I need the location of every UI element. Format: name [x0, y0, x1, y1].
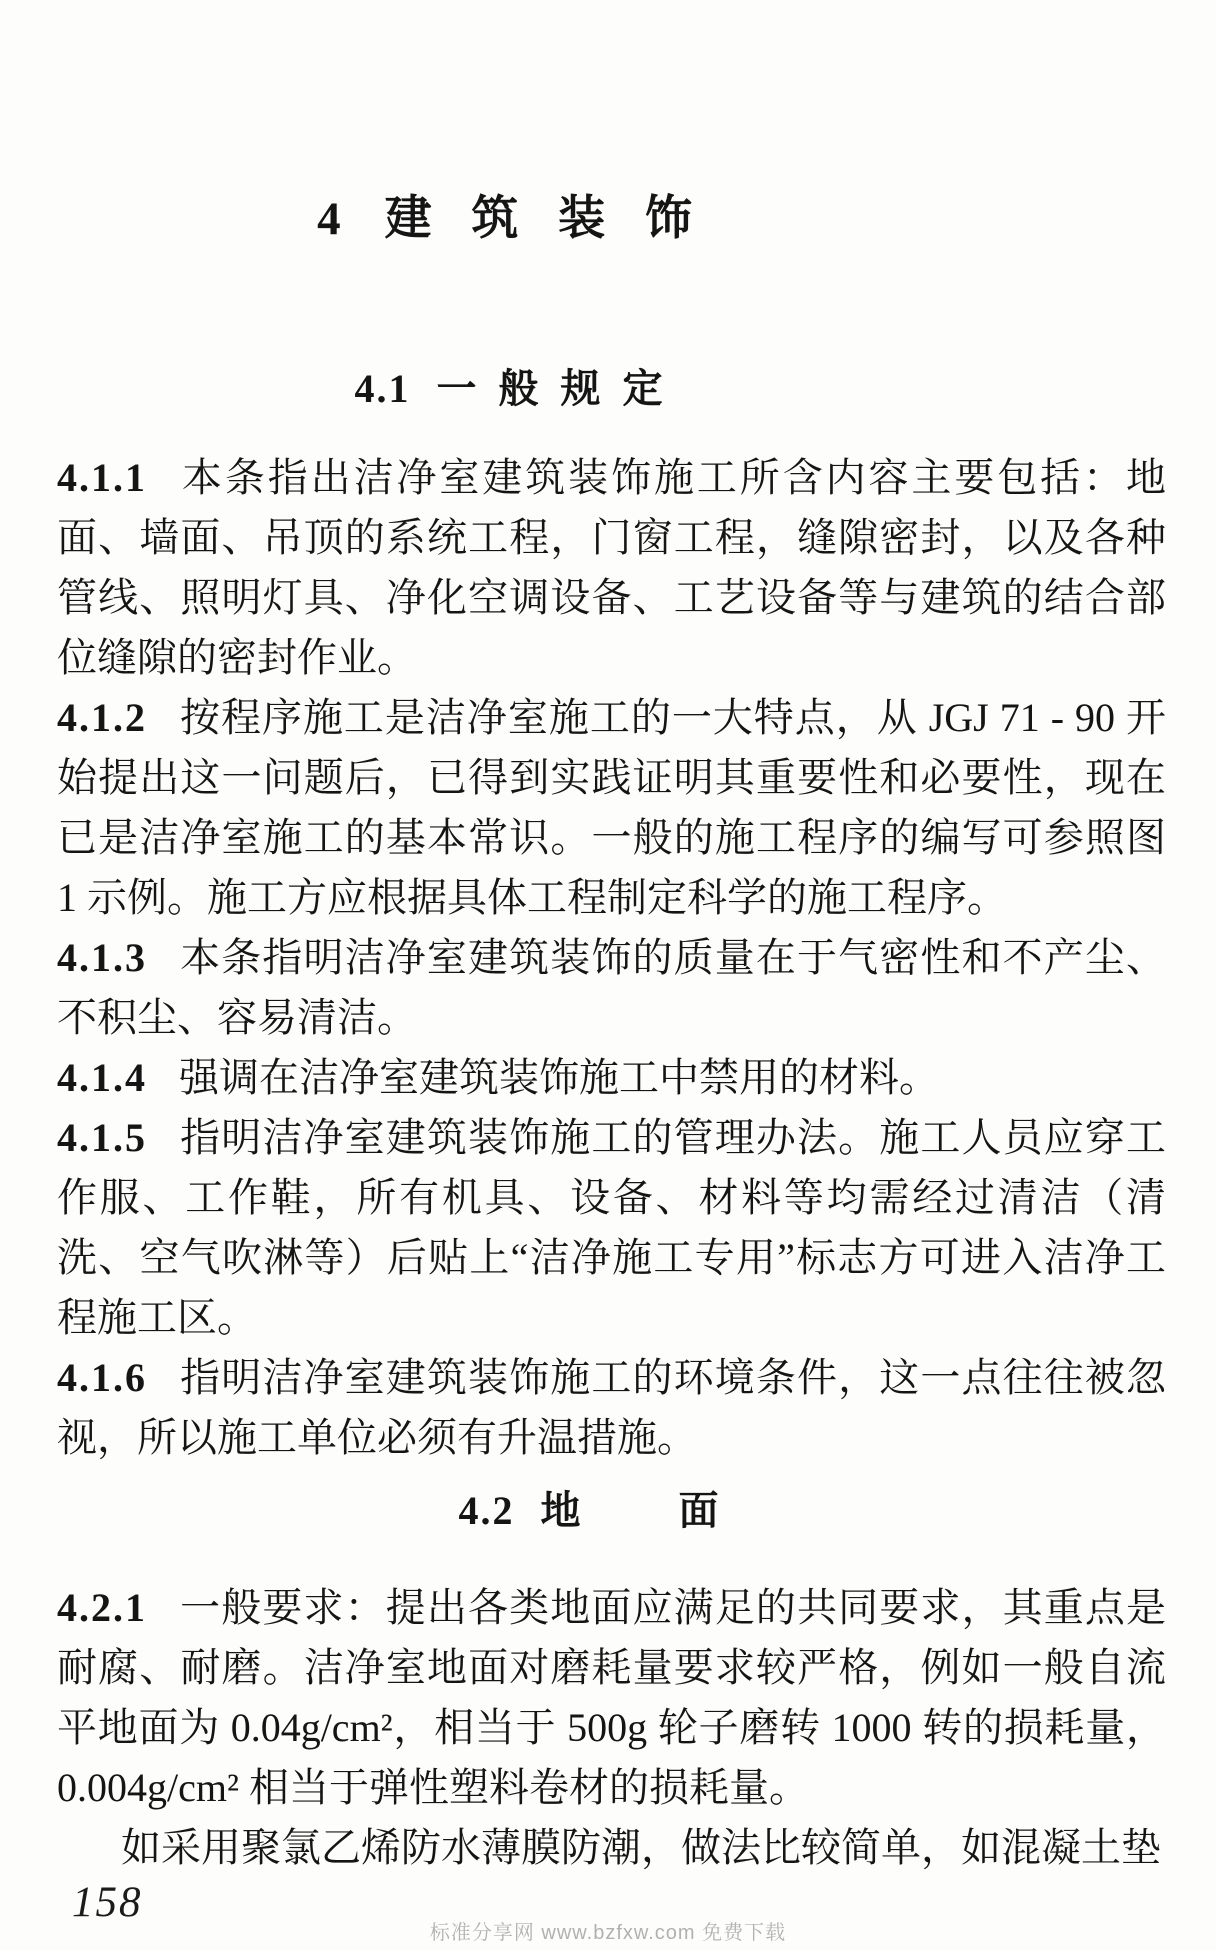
- clause-number: 4.1.3: [57, 935, 147, 980]
- chapter-title: 4建 筑 装 饰: [0, 192, 1066, 246]
- clause-number: 4.1.6: [57, 1355, 147, 1400]
- section-4-1-body: 4.1.1本条指出洁净室建筑装饰施工所含内容主要包括：地面、墙面、吊顶的系统工程…: [57, 448, 1166, 1468]
- clause-text: 强调在洁净室建筑装饰施工中禁用的材料。: [179, 1055, 939, 1100]
- clause-text: 指明洁净室建筑装饰施工的环境条件，这一点往往被忽视，所以施工单位必须有升温措施。: [57, 1355, 1166, 1460]
- section-title-text: 地 面: [541, 1488, 725, 1533]
- watermark-footer: 标准分享网 www.bzfxw.com 免费下载: [0, 1916, 1216, 1945]
- clause-number: 4.2.1: [57, 1585, 147, 1630]
- clause-4-1-6: 4.1.6指明洁净室建筑装饰施工的环境条件，这一点往往被忽视，所以施工单位必须有…: [57, 1348, 1166, 1468]
- clause-4-1-4: 4.1.4强调在洁净室建筑装饰施工中禁用的材料。: [57, 1048, 1166, 1108]
- clause-text: 本条指出洁净室建筑装饰施工所含内容主要包括：地面、墙面、吊顶的系统工程，门窗工程…: [57, 455, 1166, 680]
- section-number: 4.2: [459, 1488, 515, 1533]
- clause-text: 按程序施工是洁净室施工的一大特点，从 JGJ 71 - 90 开始提出这一问题后…: [57, 695, 1166, 920]
- clause-4-1-5: 4.1.5指明洁净室建筑装饰施工的管理办法。施工人员应穿工作服、工作鞋，所有机具…: [57, 1108, 1166, 1348]
- clause-number: 4.1.5: [57, 1115, 147, 1160]
- clause-text: 本条指明洁净室建筑装饰的质量在于气密性和不产尘、不积尘、容易清洁。: [57, 935, 1166, 1040]
- section-title-text: 一 般 规 定: [437, 366, 669, 411]
- clause-number: 4.1.1: [57, 455, 147, 500]
- clause-number: 4.1.2: [57, 695, 147, 740]
- closing-paragraph: 如采用聚氯乙烯防水薄膜防潮，做法比较简单，如混凝土垫: [57, 1818, 1166, 1878]
- clause-text: 一般要求：提出各类地面应满足的共同要求，其重点是耐腐、耐磨。洁净室地面对磨耗量要…: [57, 1585, 1166, 1810]
- clause-4-1-1: 4.1.1本条指出洁净室建筑装饰施工所含内容主要包括：地面、墙面、吊顶的系统工程…: [57, 448, 1166, 688]
- clause-number: 4.1.4: [57, 1055, 147, 1100]
- section-heading-4-2: 4.2地 面: [37, 1488, 1146, 1534]
- clause-4-1-2: 4.1.2按程序施工是洁净室施工的一大特点，从 JGJ 71 - 90 开始提出…: [57, 688, 1166, 928]
- section-heading-4-1: 4.1一 般 规 定: [0, 366, 1066, 412]
- clause-4-1-3: 4.1.3本条指明洁净室建筑装饰的质量在于气密性和不产尘、不积尘、容易清洁。: [57, 928, 1166, 1048]
- chapter-title-text: 建 筑 装 饰: [385, 193, 706, 245]
- clause-text: 指明洁净室建筑装饰施工的管理办法。施工人员应穿工作服、工作鞋，所有机具、设备、材…: [57, 1115, 1166, 1340]
- chapter-number: 4: [317, 193, 355, 245]
- clause-4-2-1: 4.2.1一般要求：提出各类地面应满足的共同要求，其重点是耐腐、耐磨。洁净室地面…: [57, 1578, 1166, 1818]
- scanned-document-page: 4建 筑 装 饰 4.1一 般 规 定 4.1.1本条指出洁净室建筑装饰施工所含…: [0, 0, 1216, 1950]
- section-number: 4.1: [355, 366, 411, 411]
- section-4-2-body: 4.2.1一般要求：提出各类地面应满足的共同要求，其重点是耐腐、耐磨。洁净室地面…: [57, 1578, 1166, 1878]
